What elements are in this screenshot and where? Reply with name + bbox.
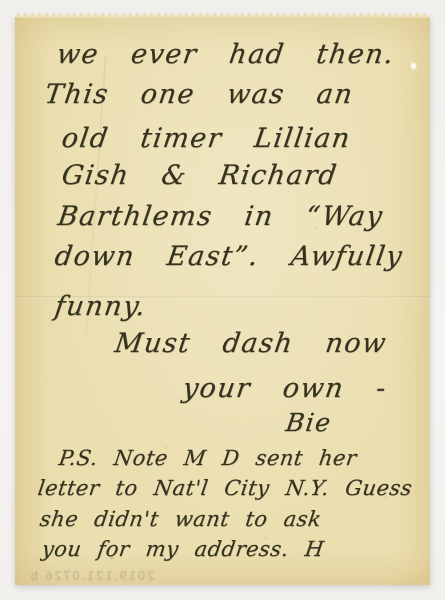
letter-line: Barthlems in “Way	[56, 201, 386, 232]
postscript-line: you for my address. H	[40, 537, 325, 561]
scan-background: we ever had then. This one was an old ti…	[0, 0, 445, 600]
paper-speck	[411, 63, 416, 69]
letter-line: Must dash now	[113, 328, 389, 359]
letter-paper: we ever had then. This one was an old ti…	[15, 17, 430, 585]
closing-line: your own -	[181, 373, 389, 404]
accession-number-showthrough: 2019.121.0726 b	[29, 569, 155, 583]
letter-line: This one was an	[43, 79, 356, 110]
deckle-edge	[15, 11, 430, 18]
letter-line: we ever had then.	[55, 39, 397, 70]
postscript-line: letter to Nat'l City N.Y. Guess	[36, 476, 414, 500]
postscript-line: P.S. Note M D sent her	[57, 446, 358, 470]
postscript-line: she didn't want to ask	[38, 507, 323, 531]
letter-line: funny.	[53, 291, 149, 322]
letter-line: old timer Lillian	[60, 123, 353, 154]
letter-line: Gish & Richard	[60, 160, 340, 191]
letter-line: down East”. Awfully	[53, 241, 405, 272]
paper-speckles	[15, 17, 17, 19]
signature: Bie	[284, 408, 334, 437]
